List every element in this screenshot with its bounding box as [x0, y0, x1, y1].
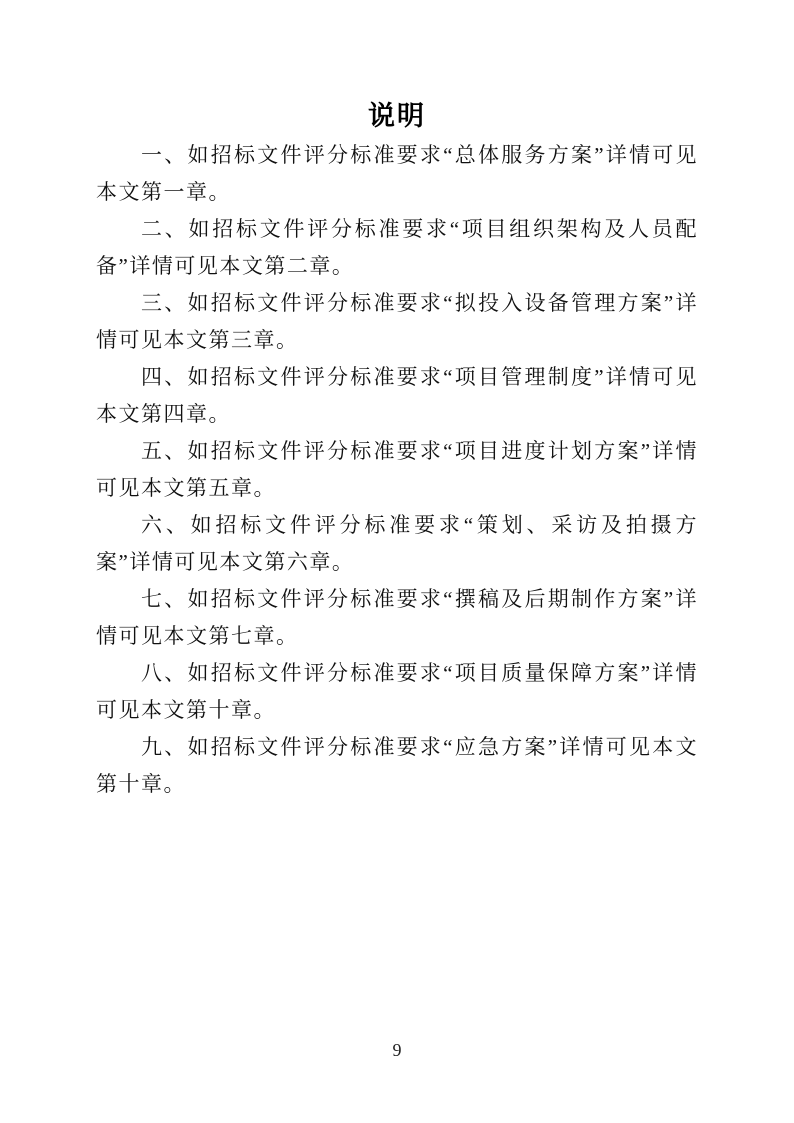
notice-paragraph-list: 一、如招标文件评分标准要求“总体服务方案”详情可见本文第一章。 二、如招标文件评… — [96, 137, 698, 803]
notice-paragraph: 三、如招标文件评分标准要求“拟投入设备管理方案”详情可见本文第三章。 — [96, 285, 698, 359]
document-content: 说明 一、如招标文件评分标准要求“总体服务方案”详情可见本文第一章。 二、如招标… — [96, 96, 698, 803]
page-number: 9 — [0, 1038, 794, 1062]
notice-paragraph: 二、如招标文件评分标准要求“项目组织架构及人员配备”详情可见本文第二章。 — [96, 211, 698, 285]
notice-paragraph: 四、如招标文件评分标准要求“项目管理制度”详情可见本文第四章。 — [96, 359, 698, 433]
notice-paragraph: 八、如招标文件评分标准要求“项目质量保障方案”详情可见本文第十章。 — [96, 655, 698, 729]
page-title: 说明 — [96, 96, 698, 137]
document-page: 说明 一、如招标文件评分标准要求“总体服务方案”详情可见本文第一章。 二、如招标… — [0, 0, 794, 1123]
notice-paragraph: 七、如招标文件评分标准要求“撰稿及后期制作方案”详情可见本文第七章。 — [96, 581, 698, 655]
notice-paragraph: 六、如招标文件评分标准要求“策划、采访及拍摄方案”详情可见本文第六章。 — [96, 507, 698, 581]
notice-paragraph: 九、如招标文件评分标准要求“应急方案”详情可见本文第十章。 — [96, 729, 698, 803]
notice-paragraph: 一、如招标文件评分标准要求“总体服务方案”详情可见本文第一章。 — [96, 137, 698, 211]
notice-paragraph: 五、如招标文件评分标准要求“项目进度计划方案”详情可见本文第五章。 — [96, 433, 698, 507]
